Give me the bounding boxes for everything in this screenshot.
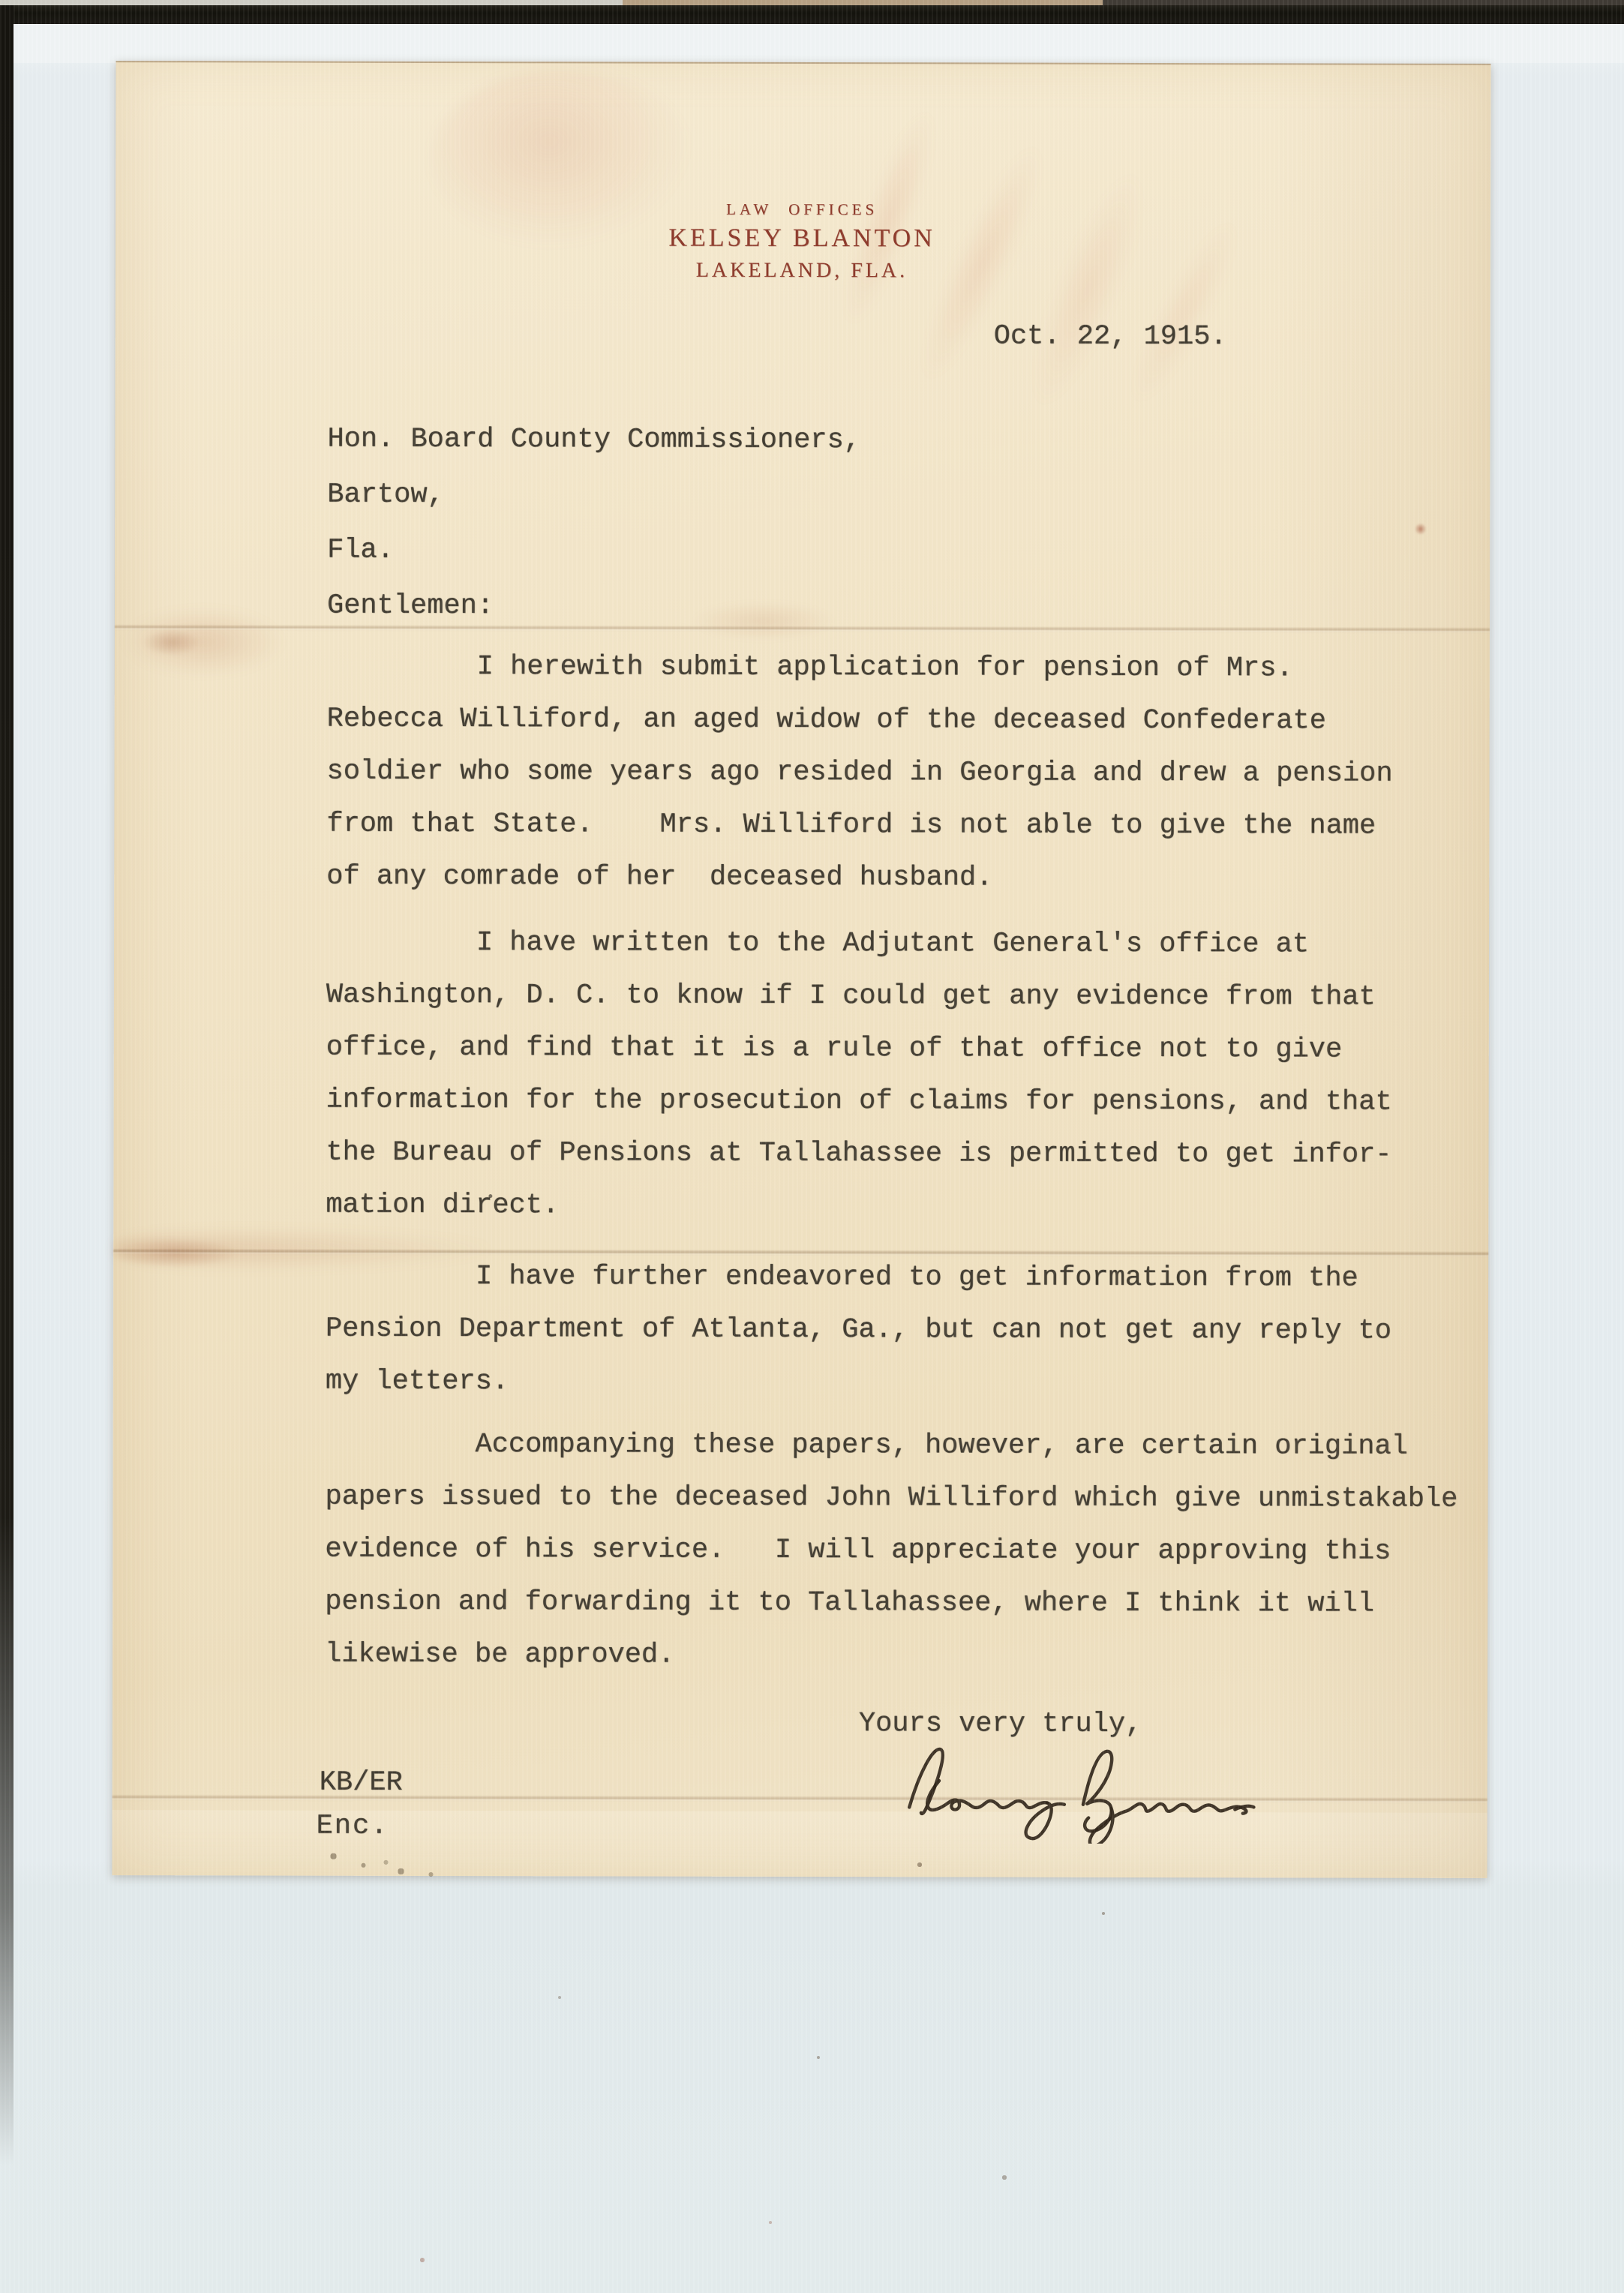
body-paragraph-2: I have written to the Adjutant General's… (326, 917, 1392, 1234)
scan-canvas: { "document_type": "Scanned typewritten … (0, 0, 1624, 2293)
letterhead-office-line: LAW OFFICES (726, 200, 878, 219)
body-paragraph-1: I herewith submit application for pensio… (326, 641, 1393, 905)
stain-middle-fold-dark (113, 1238, 237, 1267)
foxing-stain-top (431, 69, 694, 250)
scanner-edge-band (0, 5, 1624, 24)
stain-left-fold-dark (143, 629, 200, 655)
stain-left-fold (122, 607, 284, 676)
body-paragraph-4: Accompanying these papers, however, are … (325, 1418, 1458, 1683)
ink-speckles-bottom (317, 1842, 318, 1844)
letter-paper: LAW OFFICES KELSEY BLANTON LAKELAND, FLA… (112, 61, 1490, 1878)
recipient-block: Hon. Board County Commissioners, Bartow,… (327, 412, 860, 635)
enclosure-note: Enc. (317, 1800, 389, 1853)
date-line: Oct. 22, 1915. (994, 311, 1227, 364)
signature-kelsey-blanton (899, 1730, 1259, 1844)
scanner-dust-specks (0, 0, 2, 2)
foxing-streak-3 (1013, 164, 1163, 416)
foxing-dot-right (1415, 524, 1426, 535)
letterhead-city: LAKELAND, FLA. (696, 259, 908, 284)
body-paragraph-3: I have further endeavored to get informa… (326, 1250, 1391, 1410)
scanner-margin-strip (14, 24, 1624, 63)
stray-ink-dot (488, 1194, 492, 1198)
letterhead-name: KELSEY BLANTON (668, 224, 935, 254)
scanner-edge-left-strip (0, 5, 14, 2165)
